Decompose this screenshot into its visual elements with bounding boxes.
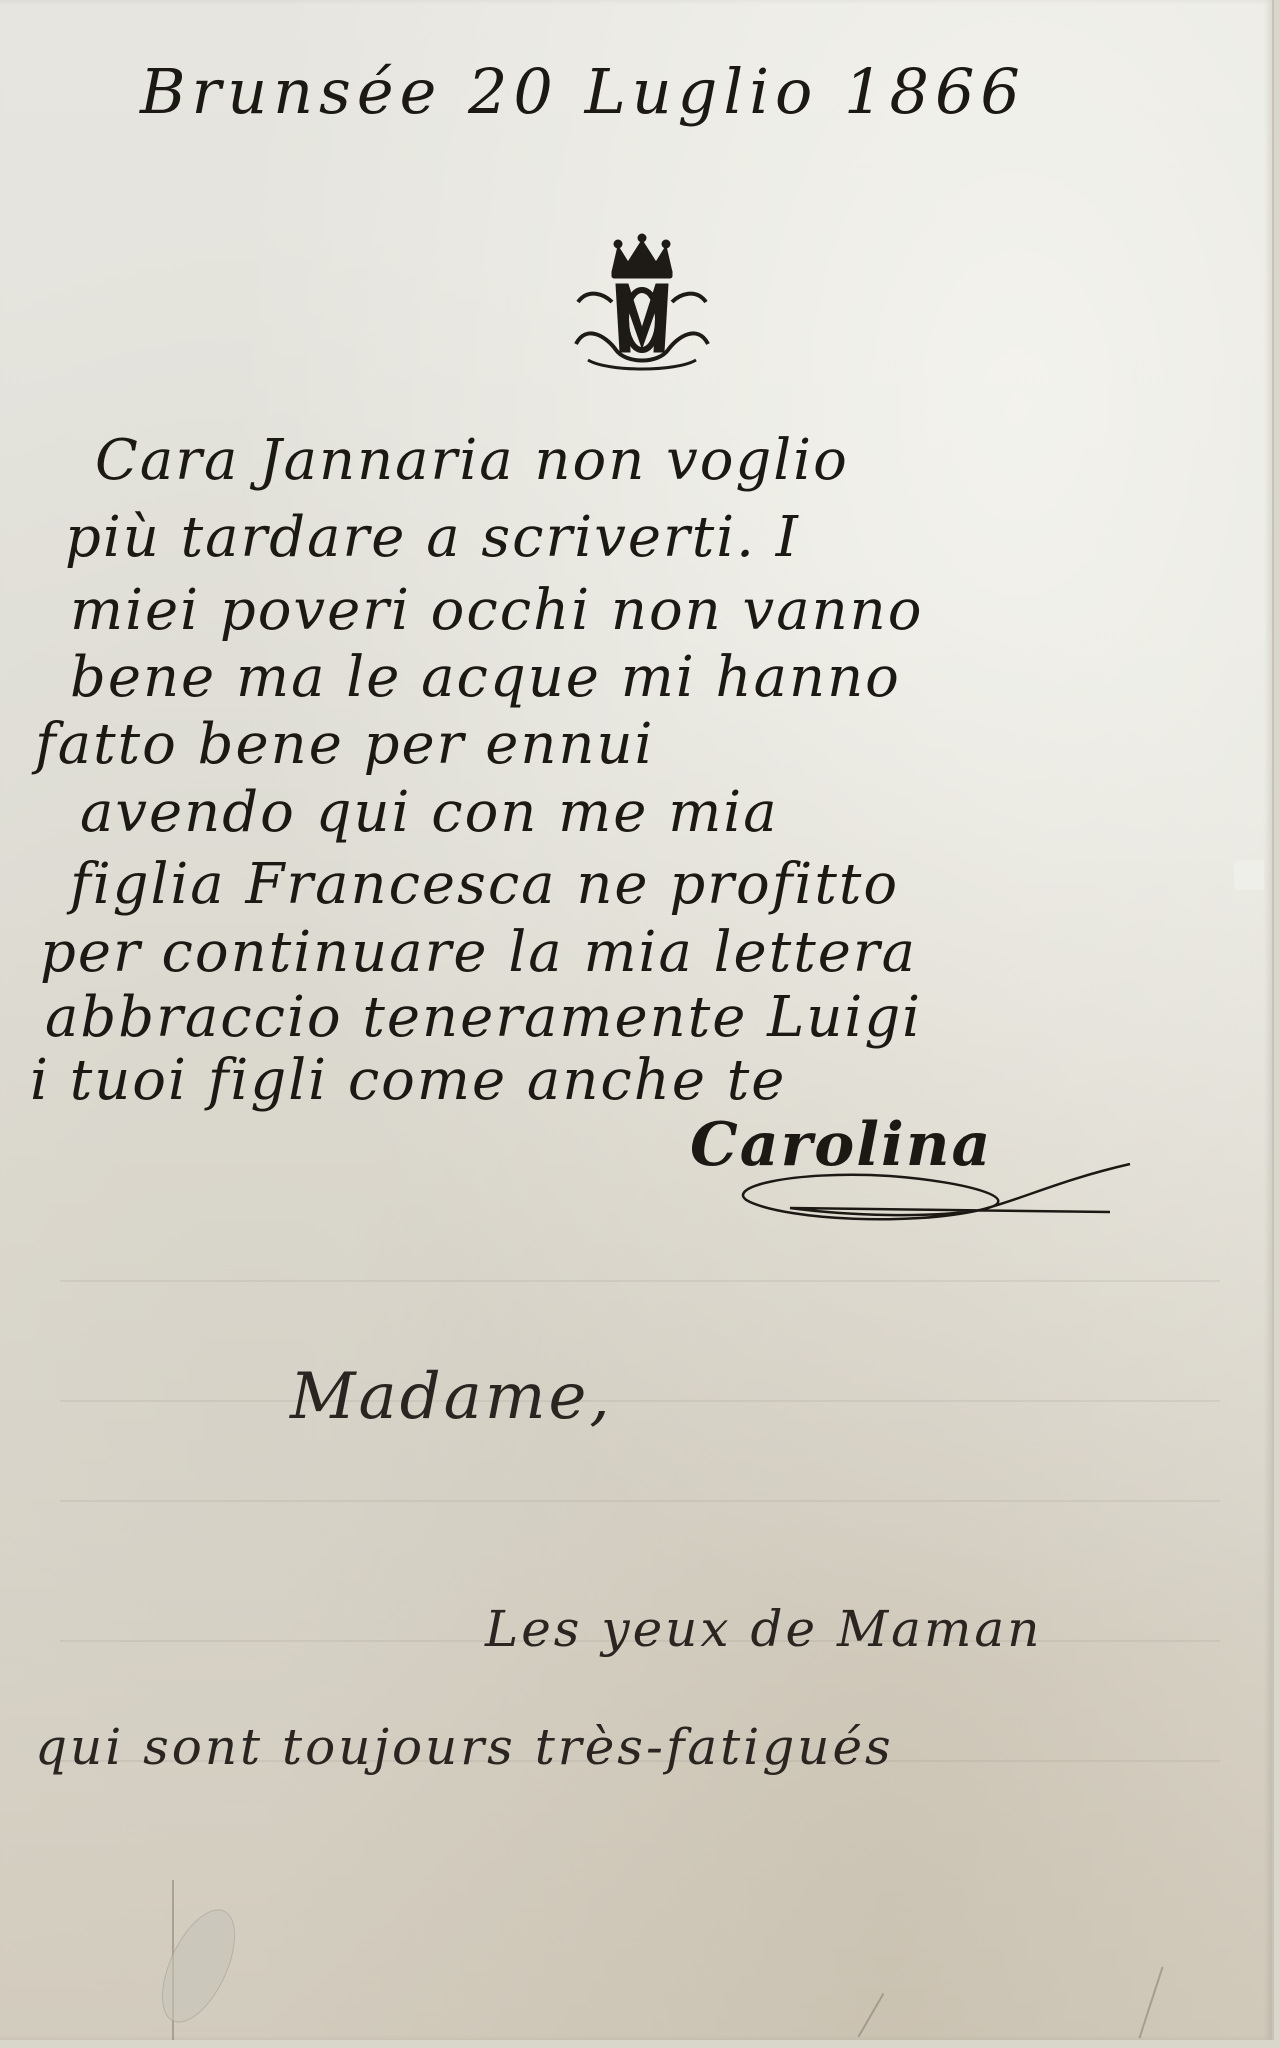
bleed-through-line: [60, 1280, 1220, 1282]
signature-flourish-icon: [730, 1160, 1150, 1230]
letter-page: Brunsée 20 Luglio 1866 Cara Jannaria non…: [0, 0, 1274, 2040]
letter-line: figlia Francesca ne profitto: [70, 852, 899, 917]
letter-line: i tuoi figli come anche te: [30, 1048, 786, 1113]
salutation: Madame,: [290, 1360, 613, 1434]
letter-line: bene ma le acque mi hanno: [70, 645, 901, 710]
letter-line: qui sont toujours très-fatigués: [35, 1718, 894, 1776]
bleed-through-line: [60, 1400, 1220, 1402]
place-date-heading: Brunsée 20 Luglio 1866: [140, 55, 1026, 128]
paper-crease: [858, 1993, 884, 2037]
letter-line: più tardare a scriverti. I: [65, 505, 800, 570]
paper-edge-tear: [1234, 860, 1264, 890]
crowned-monogram-icon: [568, 232, 716, 380]
paper-crease: [1138, 1967, 1163, 2039]
letter-line: abbraccio teneramente Luigi: [45, 985, 922, 1050]
paper-stain: [147, 1899, 250, 2034]
letter-line: miei poveri occhi non vanno: [70, 578, 923, 643]
letter-line: fatto bene per ennui: [35, 712, 654, 777]
bleed-through-line: [60, 1500, 1220, 1502]
letter-line: avendo qui con me mia: [80, 780, 779, 845]
letter-line: per continuare la mia lettera: [40, 920, 917, 985]
letter-line: Les yeux de Maman: [485, 1600, 1042, 1658]
letter-line: Cara Jannaria non voglio: [95, 428, 849, 493]
